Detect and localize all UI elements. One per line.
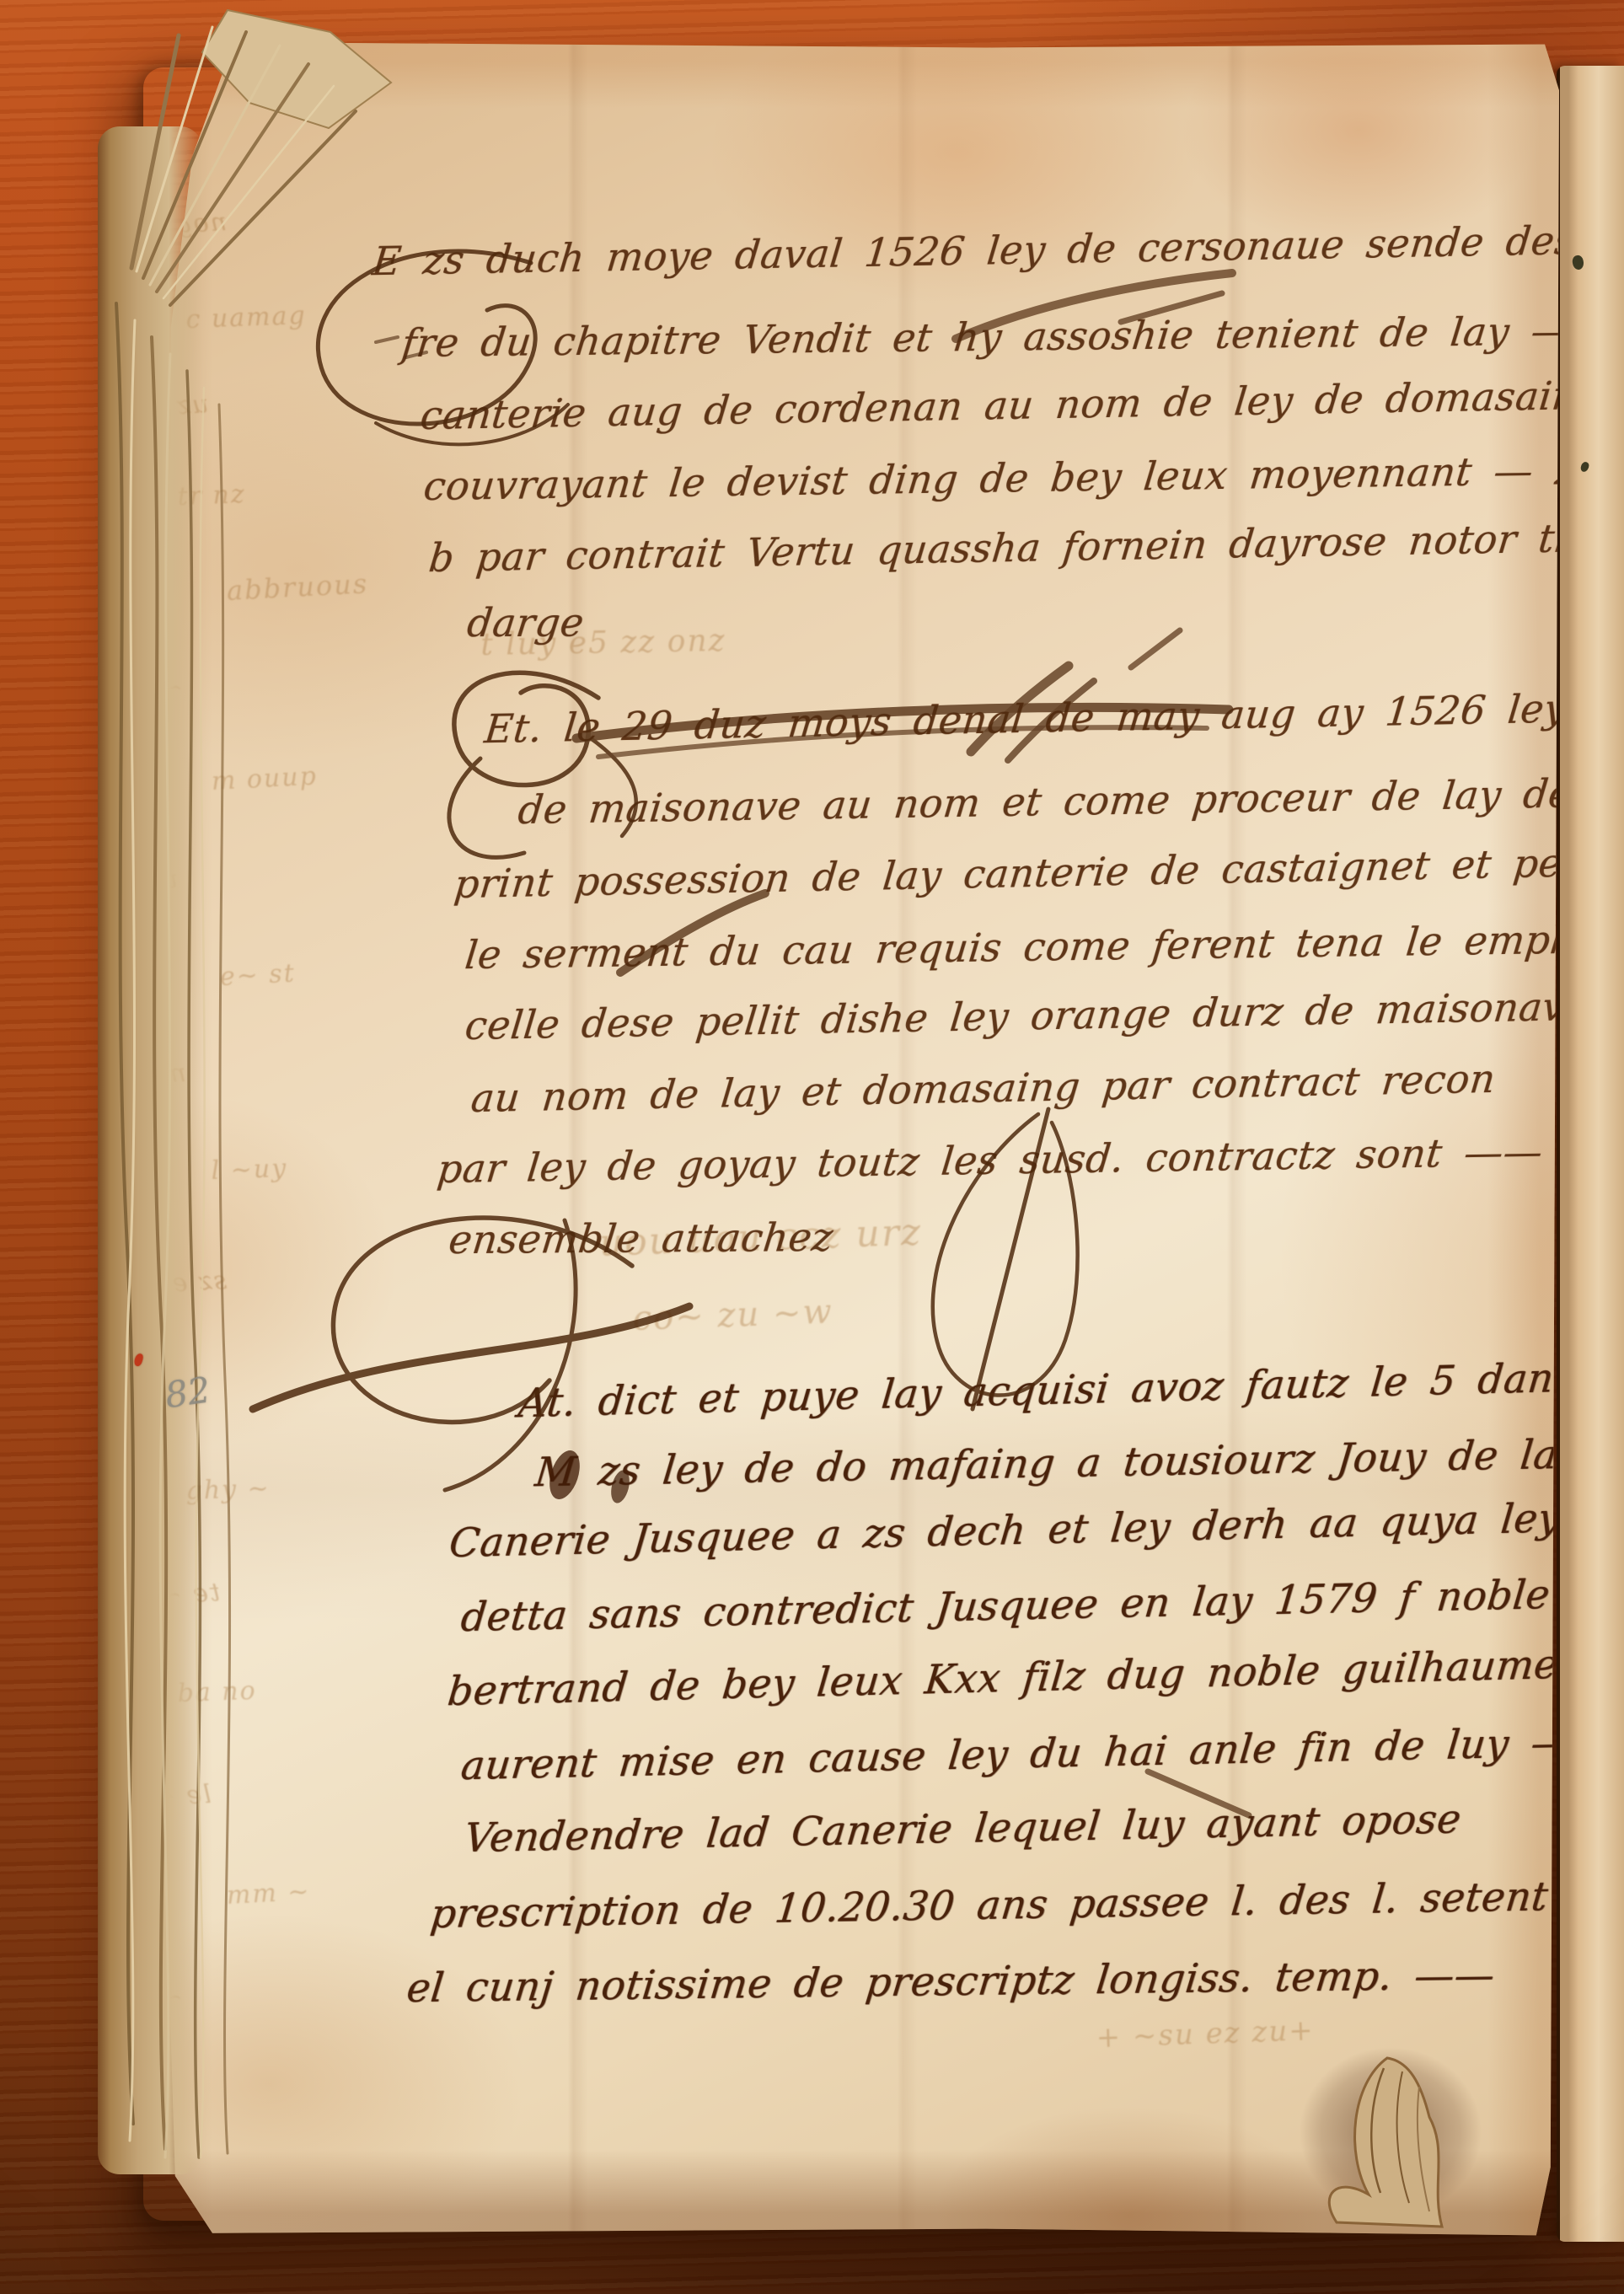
- ink-speck: [1571, 255, 1584, 271]
- manuscript-line-p1-4: couvrayant le devist ding de bey leux mo…: [421, 446, 1624, 509]
- manuscript-line-p1-2: fre du chapitre Vendit et hy assoshie te…: [399, 308, 1573, 366]
- manuscript-line-p1-5: b par contrait Vertu quassha fornein day…: [426, 514, 1624, 581]
- crumpled-paper-tab: [1303, 2050, 1480, 2252]
- manuscript-line-p3-2: M zs ley de do mafaing a tousiourz Jouy …: [533, 1431, 1583, 1496]
- manuscript-line-p1-6: darge: [465, 600, 587, 646]
- manuscript-line-p3-6: aurent mise en cause ley du hai anle fin…: [458, 1719, 1573, 1789]
- ink-speck: [1579, 461, 1590, 473]
- manuscript-line-p1-1: E zs duch moye daval 1526 ley de cersona…: [370, 216, 1624, 284]
- manuscript-line-p3-3: Canerie Jusquee a zs dech et ley derh aa…: [447, 1495, 1562, 1567]
- bleed-through-ghost-text: co~ zu ~w: [632, 1293, 833, 1338]
- folio-number: 82: [163, 1369, 213, 1417]
- manuscript-line-p2-3: print possession de lay canterie de cast…: [452, 839, 1624, 907]
- manuscript-line-p3-1: At. dict et puye lay acquisi avoz fautz …: [517, 1353, 1624, 1427]
- next-leaf-edge: [1557, 66, 1624, 2242]
- torn-corner-and-deckle-edges: [51, 0, 413, 2191]
- manuscript-line-p2-5: celle dese pellit dishe ley orange durz …: [463, 984, 1590, 1048]
- manuscript-line-p3-8: prescription de 10.20.30 ans passee l. d…: [428, 1873, 1550, 1938]
- manuscript-line-p2-7: par ley de goyay toutz les susd. contrac…: [435, 1128, 1545, 1192]
- manuscript-line-p2-1: Et. le 29 duz moys denal de may aug ay 1…: [482, 685, 1568, 752]
- manuscript-line-p2-2: de maisonave au nom et come proceur de l…: [516, 767, 1624, 833]
- manuscript-line-p3-4: detta sans contredict Jusquee en lay 157…: [458, 1572, 1552, 1641]
- manuscript-line-p1-3: canterie aug de cordenan au nom de ley d…: [418, 370, 1624, 438]
- manuscript-line-p2-8: ensemble attachez: [447, 1214, 836, 1262]
- manuscript-line-p3-7: Vendendre lad Canerie lequel luy ayant o…: [462, 1796, 1463, 1862]
- manuscript-line-p2-4: le serment du cau requis come ferent ten…: [463, 915, 1624, 978]
- manuscript-line-p3-5: bertrand de bey leux Kxx filz dug noble …: [446, 1641, 1581, 1715]
- manuscript-line-p3-9: el cunj notissime de prescriptz longiss.…: [405, 1952, 1498, 2012]
- photograph-of-manuscript: { "document": { "description": "Sixteent…: [0, 0, 1624, 2294]
- manuscript-line-p2-6: au nom de lay et domasaing par contract …: [469, 1056, 1498, 1121]
